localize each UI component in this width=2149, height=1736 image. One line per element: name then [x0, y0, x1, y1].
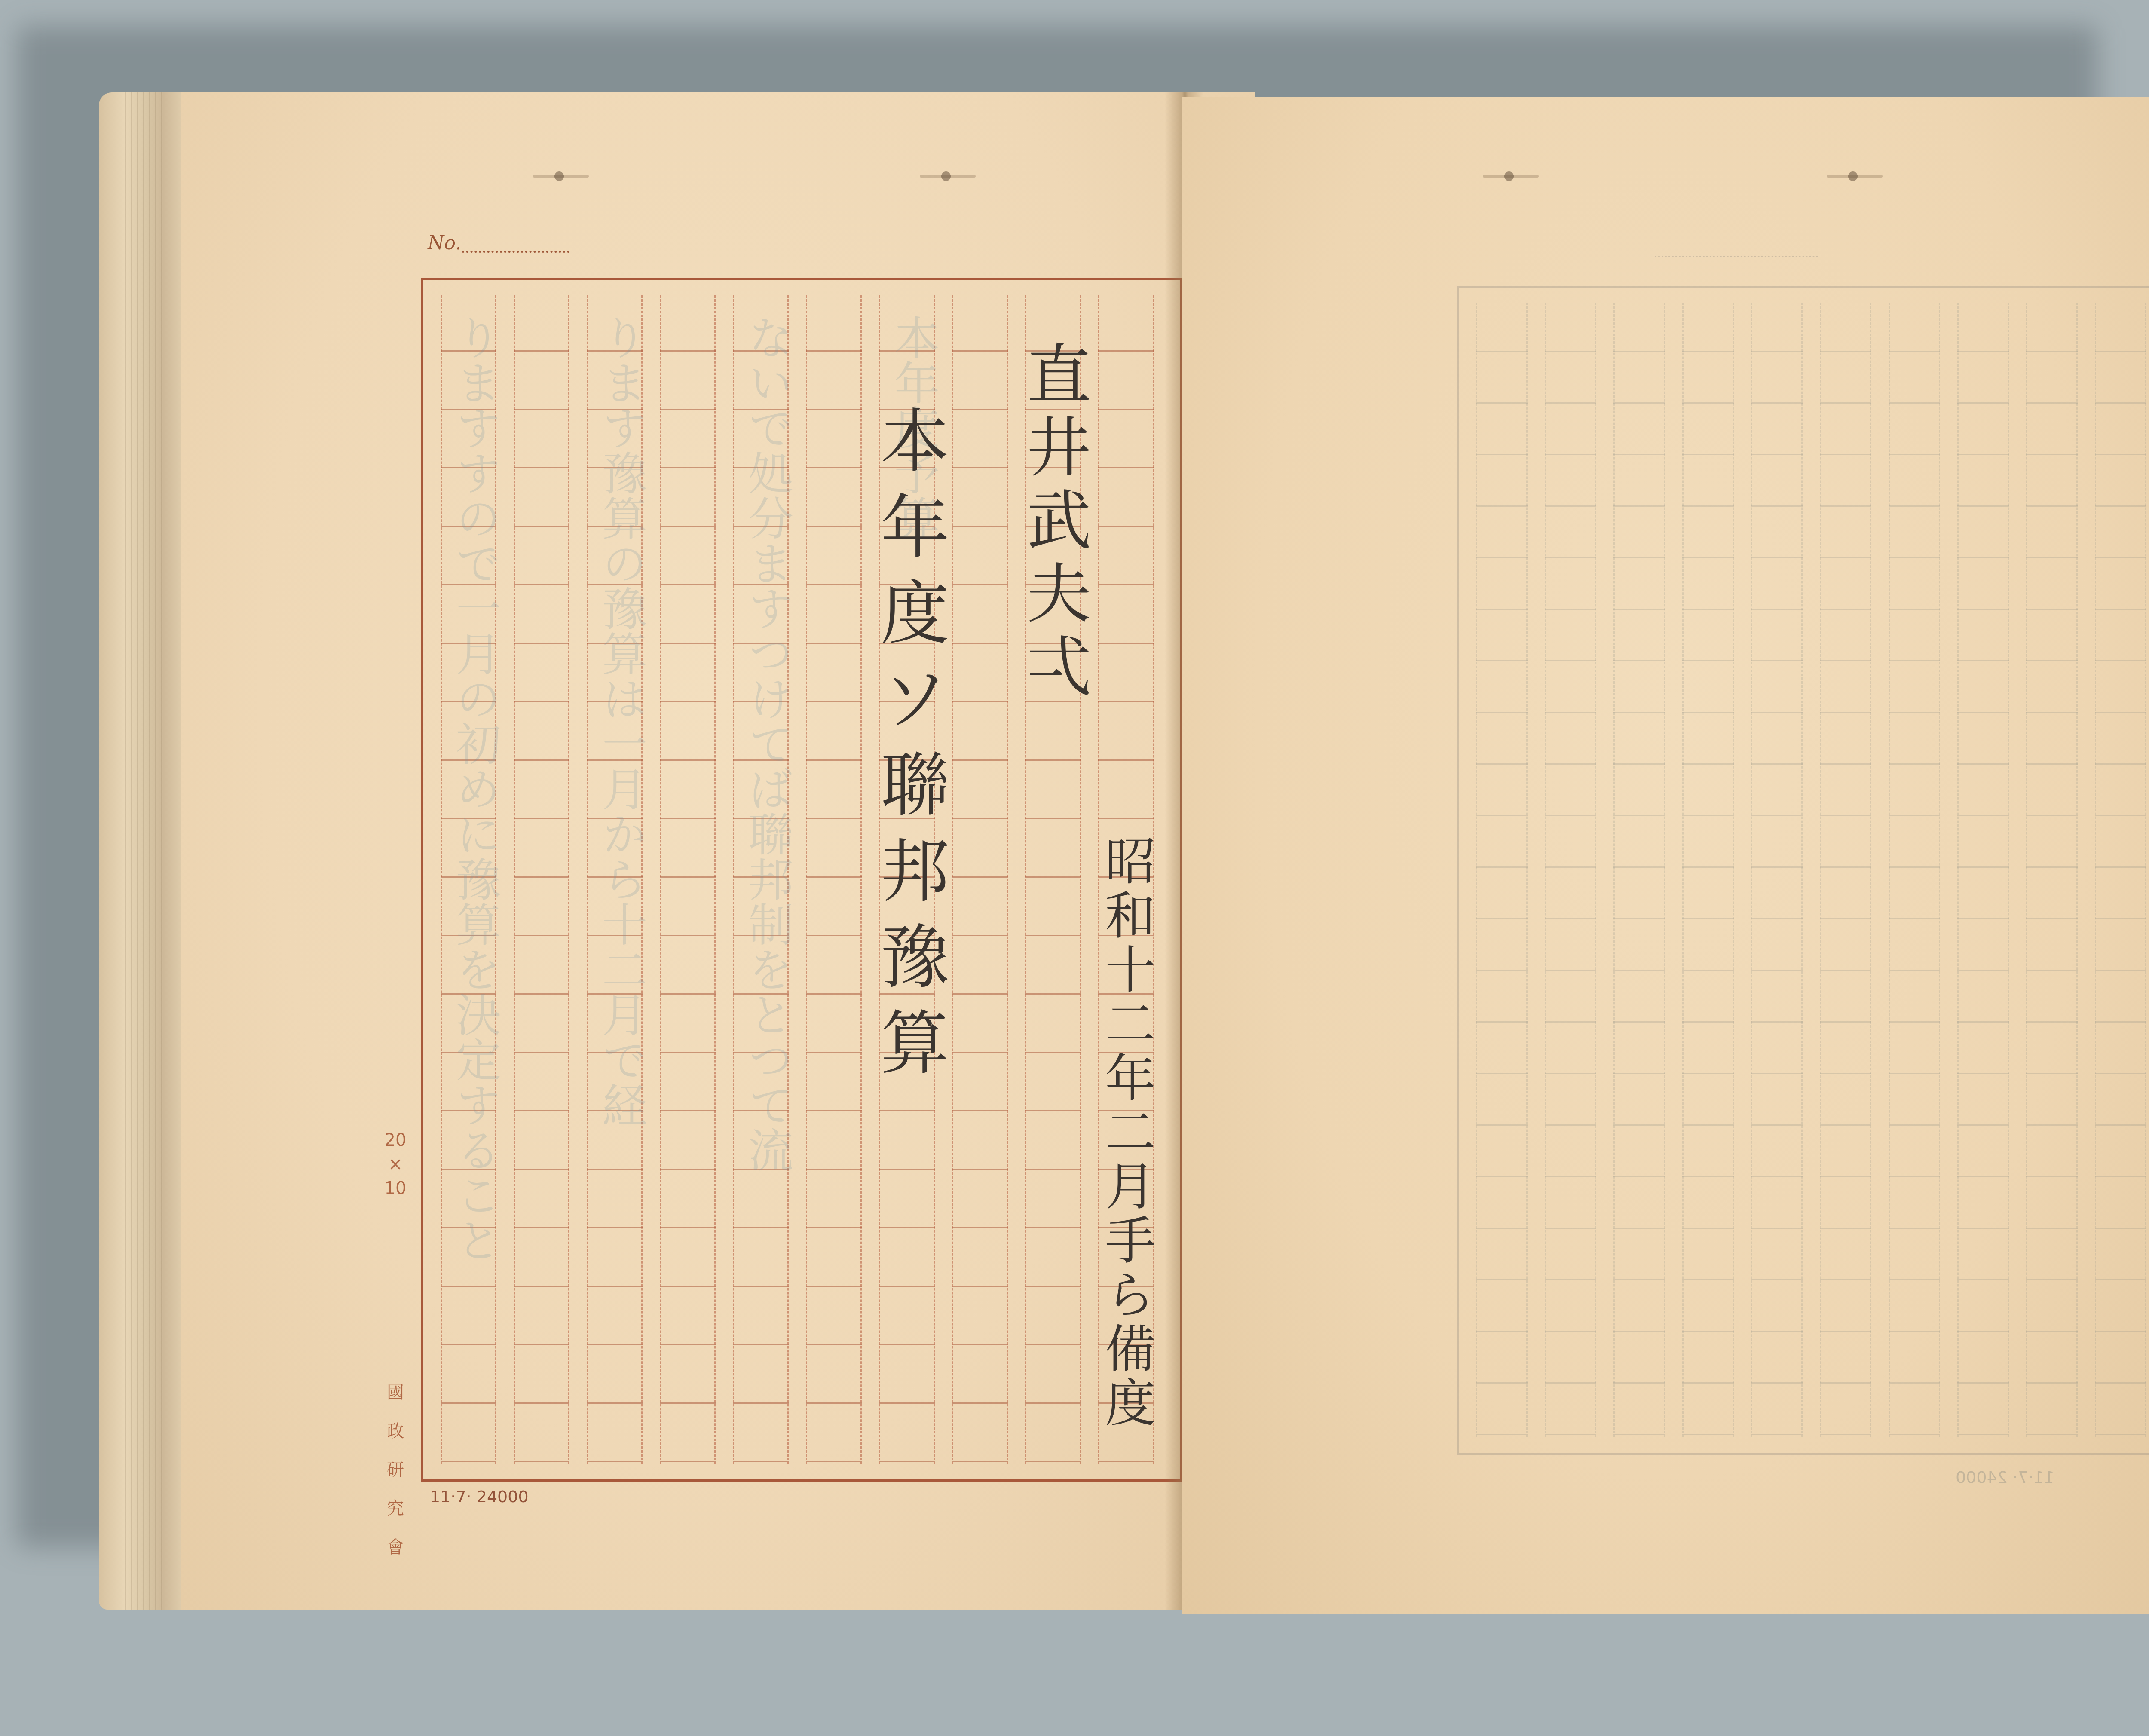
grid-format-label: 20 × 10	[380, 1128, 410, 1200]
grid-column	[660, 295, 716, 1464]
page-stack-left-edge	[99, 92, 185, 1610]
print-code-mirrored: 11·7· 24000	[1956, 1468, 2054, 1487]
grid-column	[1545, 303, 1596, 1437]
grid-column	[1751, 303, 1803, 1437]
grid-column	[2026, 303, 2078, 1437]
manuscript-grid-faint	[1476, 303, 2149, 1437]
handwritten-title: 本年度ソ聯邦豫算	[870, 405, 948, 1093]
left-page: No. りますすので一月の初めに豫算を決定すること ります豫算の豫算は一月から十…	[181, 92, 1255, 1610]
print-code: 11·7· 24000	[430, 1487, 529, 1506]
binding-hole-icon	[1483, 170, 1539, 183]
binding-hole-icon	[920, 170, 976, 183]
grid-column	[806, 295, 862, 1464]
grid-column	[514, 295, 569, 1464]
right-page: 20 × 10 國 政 研 究 會 11·7· 24000	[1182, 97, 2149, 1614]
binding-hole-icon	[533, 170, 589, 183]
manuscript-grid-frame-faint	[1457, 286, 2149, 1455]
open-notebook: No. りますすので一月の初めに豫算を決定すること ります豫算の豫算は一月から十…	[99, 92, 2149, 1623]
publisher-label: 國 政 研 究 會	[380, 1373, 410, 1567]
grid-column	[1476, 303, 1528, 1437]
grid-column	[1613, 303, 1665, 1437]
manuscript-grid-frame: りますすので一月の初めに豫算を決定すること ります豫算の豫算は一月から十二月で経…	[421, 278, 1182, 1482]
bleed-through-text: りますすので一月の初めに豫算を決定すること	[447, 315, 503, 1262]
bleed-through-text: ないで処分ますつけてば聯邦制をとつて流	[739, 315, 795, 1172]
binding-hole-icon	[1827, 170, 1883, 183]
grid-column	[2095, 303, 2146, 1437]
grid-column	[1889, 303, 1940, 1437]
handwritten-addressee: 直井武夫弌	[1016, 340, 1090, 706]
grid-column	[952, 295, 1008, 1464]
handwritten-date-line: 昭和十二年二月手ら備度	[1096, 835, 1156, 1430]
number-label: No.	[428, 232, 461, 254]
grid-column	[1957, 303, 2009, 1437]
number-field-line	[462, 251, 569, 253]
grid-column	[1820, 303, 1871, 1437]
grid-column	[1682, 303, 1734, 1437]
bleed-through-text: ります豫算の豫算は一月から十二月で経	[593, 315, 649, 1127]
number-field-line-faint	[1655, 256, 1818, 257]
